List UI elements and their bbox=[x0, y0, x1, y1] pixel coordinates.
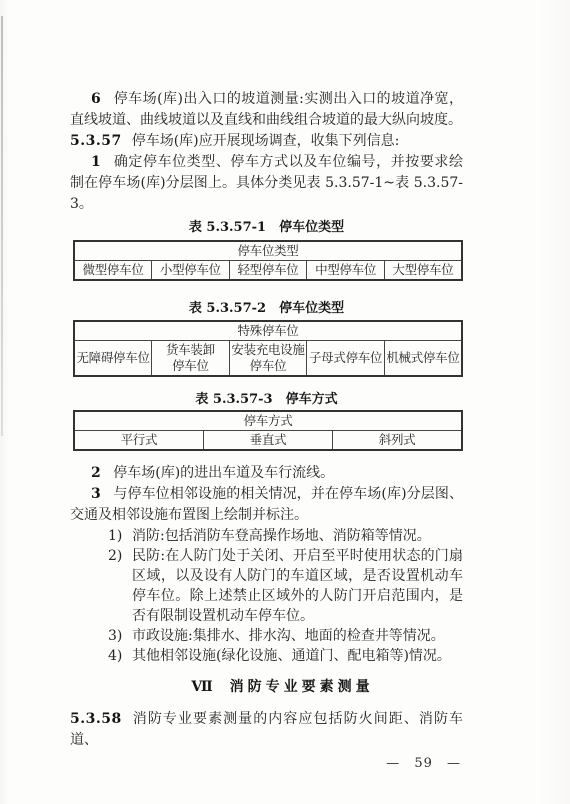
paragraph-text: 停车场(库)的进出车道及车行流线。 bbox=[113, 465, 334, 481]
page-number: — 59 — bbox=[70, 756, 463, 771]
table-cell: 中型停车位 bbox=[307, 261, 385, 281]
paragraph-number: 6 bbox=[91, 91, 101, 107]
table-cell: 斜列式 bbox=[333, 431, 462, 451]
clause-text: 消防专业要素测量的内容应包括防火间距、消防车道、 bbox=[70, 711, 463, 748]
page-content: 6停车场(库)出入口的坡道测量:实测出入口的坡道净宽，直线坡道、曲线坡道以及直线… bbox=[70, 0, 463, 771]
table-cell: 小型停车位 bbox=[152, 261, 230, 281]
table-header-cell: 停车方式 bbox=[74, 411, 462, 431]
cell-line: 机械式停车位 bbox=[386, 350, 460, 366]
paragraph-text: 与停车位相邻设施的相关情况，并在停车场(库)分层图、交通及相邻设施布置图上绘制并… bbox=[70, 486, 463, 523]
list-item-municipal: 3)市政设施:集排水、排水沟、地面的检查井等情况。 bbox=[132, 626, 463, 646]
subparagraph-2: 2停车场(库)的进出车道及车行流线。 bbox=[70, 463, 463, 484]
list-item-civil-defense: 2)民防:在人防门处于关闭、开启至平时使用状态的门扇区域，以及设有人防门的车道区… bbox=[132, 546, 463, 626]
table-row: 平行式 垂直式 斜列式 bbox=[74, 431, 462, 451]
section-title: 消防专业要素测量 bbox=[230, 679, 374, 695]
table-cell: 垂直式 bbox=[203, 431, 332, 451]
cell-line: 无障碍停车位 bbox=[76, 350, 150, 366]
adjacent-facility-list: 1)消防:包括消防车登高操作场地、消防箱等情况。 2)民防:在人防门处于关闭、开… bbox=[70, 526, 463, 666]
cell-line: 子母式停车位 bbox=[308, 350, 383, 366]
table-header-row: 停车位类型 bbox=[74, 241, 462, 261]
table-cell: 大型停车位 bbox=[384, 261, 462, 281]
table-row: 无障碍停车位 货车装卸停车位 安装充电设施停车位 子母式停车位 机械式停车位 bbox=[74, 341, 462, 377]
list-item-fire: 1)消防:包括消防车登高操作场地、消防箱等情况。 bbox=[132, 526, 463, 546]
table-parking-modes: 停车方式 平行式 垂直式 斜列式 bbox=[73, 410, 463, 451]
table-cell: 机械式停车位 bbox=[384, 341, 462, 377]
list-item-marker: 3) bbox=[108, 626, 122, 646]
table-cell: 子母式停车位 bbox=[307, 341, 385, 377]
subparagraph-3: 3与停车位相邻设施的相关情况，并在停车场(库)分层图、交通及相邻设施布置图上绘制… bbox=[70, 484, 463, 526]
cell-line: 安装充电设施 bbox=[231, 342, 306, 358]
table-header-cell: 特殊停车位 bbox=[74, 321, 462, 341]
list-item-marker: 1) bbox=[108, 526, 122, 546]
lower-text-block: 2停车场(库)的进出车道及车行流线。 3与停车位相邻设施的相关情况，并在停车场(… bbox=[70, 463, 463, 771]
scan-edge-artifact bbox=[1, 16, 3, 436]
table-cell: 平行式 bbox=[74, 431, 203, 451]
table-header-row: 停车方式 bbox=[74, 411, 462, 431]
paragraph-number: 3 bbox=[91, 486, 101, 502]
clause-text: 停车场(库)应开展现场调查，收集下列信息: bbox=[132, 133, 400, 149]
table-cell: 安装充电设施停车位 bbox=[229, 341, 307, 377]
cell-line: 货车装卸 bbox=[153, 342, 228, 358]
table-2-caption: 表 5.3.57-2 停车位类型 bbox=[70, 299, 463, 318]
list-item-text: 市政设施:集排水、排水沟、地面的检查井等情况。 bbox=[132, 628, 445, 644]
document-page: 6停车场(库)出入口的坡道测量:实测出入口的坡道净宽，直线坡道、曲线坡道以及直线… bbox=[0, 0, 570, 804]
list-item-text: 民防:在人防门处于关闭、开启至平时使用状态的门扇区域，以及设有人防门的车道区域，… bbox=[132, 548, 463, 624]
paragraph-text: 确定停车位类型、停车方式以及车位编号，并按要求绘制在停车场(库)分层图上。具体分… bbox=[70, 154, 463, 212]
paragraph-number: 2 bbox=[91, 465, 101, 481]
paragraph-text: 停车场(库)出入口的坡道测量:实测出入口的坡道净宽，直线坡道、曲线坡道以及直线和… bbox=[70, 91, 463, 128]
table-row: 微型停车位 小型停车位 轻型停车位 中型停车位 大型停车位 bbox=[74, 261, 462, 281]
list-item-text: 其他相邻设施(绿化设施、通道门、配电箱等)情况。 bbox=[132, 648, 451, 664]
cell-line: 停车位 bbox=[231, 358, 306, 374]
table-cell: 微型停车位 bbox=[74, 261, 152, 281]
clause-5-3-58: 5.3.58消防专业要素测量的内容应包括防火间距、消防车道、 bbox=[70, 709, 463, 751]
paragraph-number: 1 bbox=[91, 154, 101, 170]
table-header-cell: 停车位类型 bbox=[74, 241, 462, 261]
section-numeral: Ⅶ bbox=[191, 679, 213, 695]
cell-line: 停车位 bbox=[153, 358, 228, 374]
table-1-caption: 表 5.3.57-1 停车位类型 bbox=[70, 218, 463, 237]
table-cell: 无障碍停车位 bbox=[74, 341, 152, 377]
section-heading-vii: Ⅶ消防专业要素测量 bbox=[86, 679, 479, 695]
table-cell: 轻型停车位 bbox=[229, 261, 307, 281]
clause-number: 5.3.58 bbox=[70, 711, 122, 727]
table-header-row: 特殊停车位 bbox=[74, 321, 462, 341]
list-item-marker: 2) bbox=[108, 546, 122, 566]
table-cell: 货车装卸停车位 bbox=[152, 341, 230, 377]
table-parking-space-types: 停车位类型 微型停车位 小型停车位 轻型停车位 中型停车位 大型停车位 bbox=[73, 240, 463, 281]
list-item-marker: 4) bbox=[108, 646, 122, 666]
paragraph-6-ramp-survey: 6停车场(库)出入口的坡道测量:实测出入口的坡道净宽，直线坡道、曲线坡道以及直线… bbox=[70, 89, 463, 131]
clause-number: 5.3.57 bbox=[70, 133, 122, 149]
list-item-other: 4)其他相邻设施(绿化设施、通道门、配电箱等)情况。 bbox=[132, 646, 463, 666]
list-item-text: 消防:包括消防车登高操作场地、消防箱等情况。 bbox=[132, 528, 431, 544]
subparagraph-1: 1确定停车位类型、停车方式以及车位编号，并按要求绘制在停车场(库)分层图上。具体… bbox=[70, 152, 463, 215]
table-special-parking-spaces: 特殊停车位 无障碍停车位 货车装卸停车位 安装充电设施停车位 子母式停车位 机械… bbox=[73, 320, 463, 377]
table-3-caption: 表 5.3.57-3 停车方式 bbox=[70, 390, 463, 409]
clause-5-3-57: 5.3.57停车场(库)应开展现场调查，收集下列信息: bbox=[70, 131, 463, 152]
